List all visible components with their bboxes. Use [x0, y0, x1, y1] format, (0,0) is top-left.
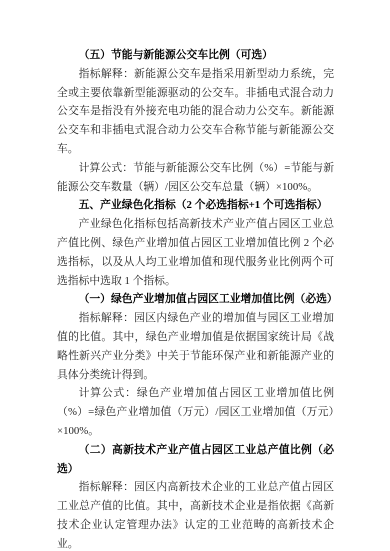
para-new-energy-bus-definition: 指标解释：新能源公交车是指采用新型动力系统，完全或主要依靠新型能源驱动的公交车。… — [57, 65, 334, 159]
heading-hightech-output-ratio: （二）高新技术产业产值占园区工业总产值比例（必选） — [57, 441, 334, 479]
para-industry-greening-overview: 产业绿色化指标包括高新技术产业产值占园区工业总产值比例、绿色产业增加值占园区工业… — [57, 215, 334, 290]
para-green-industry-formula: 计算公式：绿色产业增加值占园区工业增加值比例（%）=绿色产业增加值（万元）/园区… — [57, 384, 334, 440]
para-green-industry-definition: 指标解释：园区内绿色产业的增加值与园区工业增加值的比值。其中，绿色产业增加值是依… — [57, 309, 334, 384]
heading-green-industry-added-value-ratio: （一）绿色产业增加值占园区工业增加值比例（必选） — [57, 290, 334, 309]
document-page: （五）节能与新能源公交车比例（可选） 指标解释：新能源公交车是指采用新型动力系统… — [0, 0, 390, 551]
para-new-energy-bus-formula: 计算公式：节能与新能源公交车比例（%）=节能与新能源公交车数量（辆）/园区公交车… — [57, 159, 334, 197]
heading-industry-greening-indicators: 五、产业绿色化指标（2 个必选指标+1 个可选指标） — [57, 196, 334, 215]
heading-new-energy-bus-ratio: （五）节能与新能源公交车比例（可选） — [57, 46, 334, 65]
para-hightech-definition: 指标解释：园区内高新技术企业的工业总产值占园区工业总产值的比值。其中，高新技术企… — [57, 478, 334, 551]
